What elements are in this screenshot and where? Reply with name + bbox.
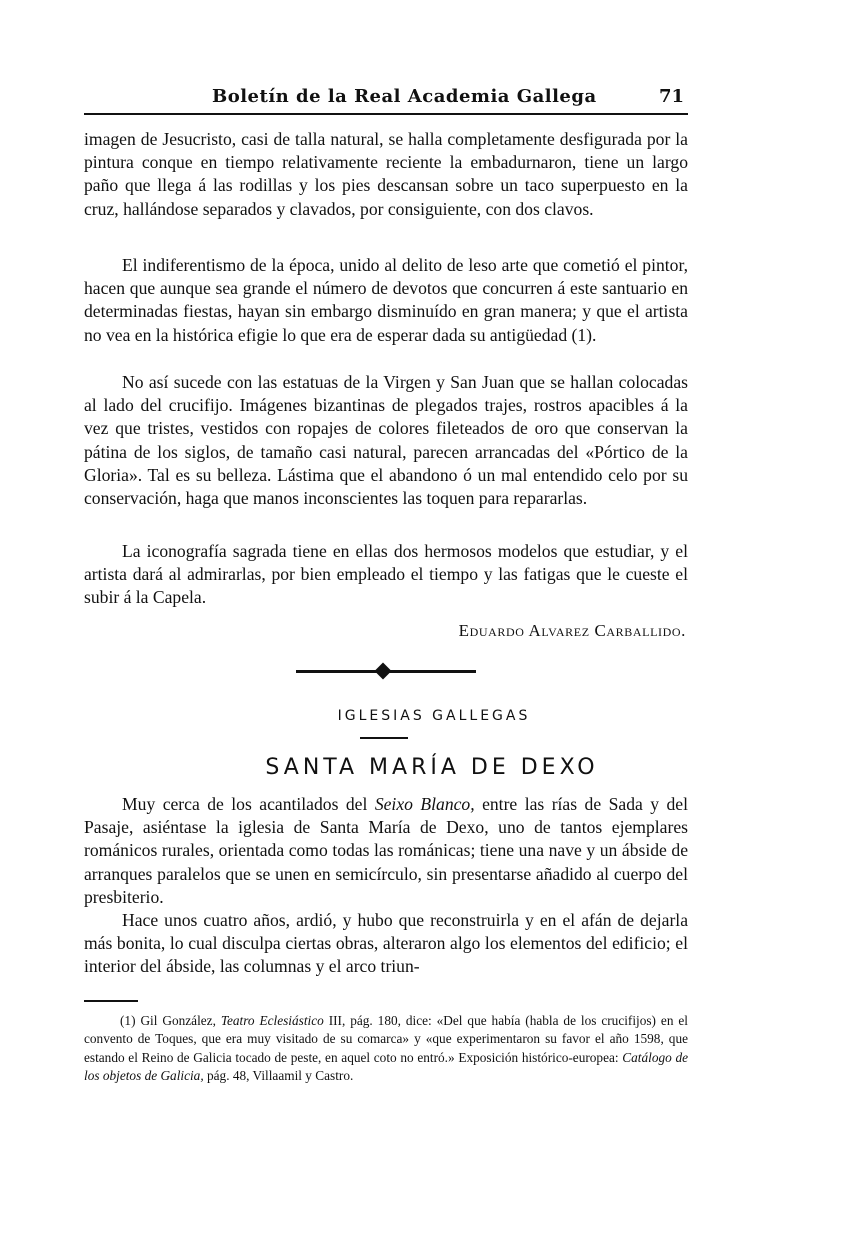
author-signature: Eduardo Alvarez Carballido. xyxy=(459,621,686,641)
footnote-rule xyxy=(84,1000,138,1002)
paragraph-5: Muy cerca de los acantilados del Seixo B… xyxy=(84,793,688,909)
footnote-text: (1) Gil González, Teatro Eclesiástico II… xyxy=(84,1012,688,1086)
article-title: SANTA MARÍA DE DEXO xyxy=(0,755,850,780)
text-run: Gil González, xyxy=(136,1013,221,1028)
paragraph-text: No así sucede con las estatuas de la Vir… xyxy=(84,371,688,510)
footnote: (1) Gil González, Teatro Eclesiástico II… xyxy=(84,1012,688,1086)
paragraph-3: No así sucede con las estatuas de la Vir… xyxy=(84,371,688,510)
running-title: Boletín de la Real Academia Gallega xyxy=(212,86,597,107)
footnote-marker: (1) xyxy=(120,1013,136,1028)
paragraph-1: imagen de Jesucristo, casi de talla natu… xyxy=(84,128,688,221)
paragraph-text: La iconografía sagrada tiene en ellas do… xyxy=(84,540,688,610)
page-number: 71 xyxy=(659,86,684,107)
italic-place-name: Seixo Blanco, xyxy=(375,794,475,814)
paragraph-2: El indiferentismo de la época, unido al … xyxy=(84,254,688,347)
paragraph-text: El indiferentismo de la época, unido al … xyxy=(84,254,688,347)
running-header: Boletín de la Real Academia Gallega 71 xyxy=(84,82,688,112)
paragraph-text: imagen de Jesucristo, casi de talla natu… xyxy=(84,128,688,221)
header-rule xyxy=(84,113,688,115)
italic-title: Teatro Eclesiástico xyxy=(221,1013,324,1028)
divider-diamond-icon xyxy=(375,663,392,680)
text-run: Muy cerca de los acantilados del xyxy=(122,794,375,814)
paragraph-6: Hace unos cuatro años, ardió, y hubo que… xyxy=(84,909,688,979)
paragraph-text: Muy cerca de los acantilados del Seixo B… xyxy=(84,793,688,909)
section-label: IGLESIAS GALLEGAS xyxy=(0,708,850,724)
section-rule xyxy=(360,737,408,739)
document-page: Boletín de la Real Academia Gallega 71 i… xyxy=(0,0,850,1260)
paragraph-4: La iconografía sagrada tiene en ellas do… xyxy=(84,540,688,610)
text-run: pág. 48, Villaamil y Castro. xyxy=(204,1068,354,1083)
paragraph-text: Hace unos cuatro años, ardió, y hubo que… xyxy=(84,909,688,979)
